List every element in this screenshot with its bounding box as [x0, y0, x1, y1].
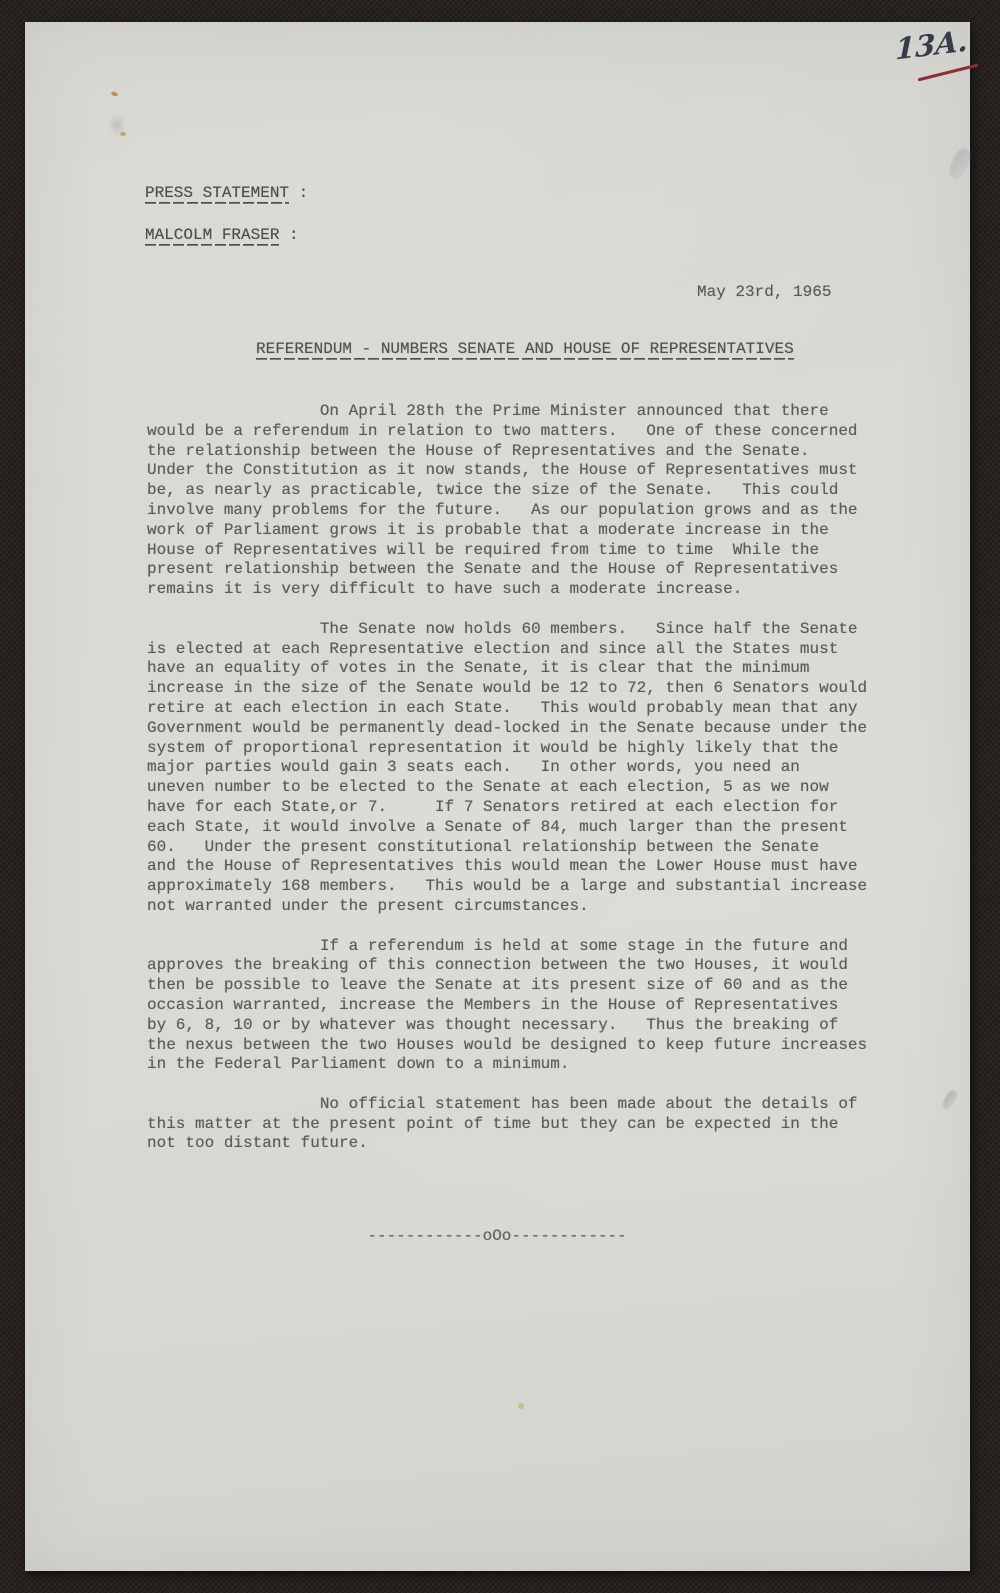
paper-stain	[518, 1403, 524, 1409]
author-label: MALCOLM FRASER	[145, 226, 279, 246]
end-divider: ------------oOo------------	[147, 1227, 847, 1247]
author-colon: :	[279, 226, 298, 244]
date-line: May 23rd, 1965	[697, 283, 831, 303]
page-number-annotation: 13A.	[895, 28, 1000, 98]
page-number-text: 13A.	[895, 23, 968, 66]
paper-stain	[111, 91, 119, 97]
scan-background: 13A. PRESS STATEMENT : MALCOLM FRASER : …	[0, 0, 1000, 1593]
pencil-smudge	[946, 146, 974, 182]
paragraph-3: If a referendum is held at some stage in…	[147, 937, 887, 1076]
document-page: 13A. PRESS STATEMENT : MALCOLM FRASER : …	[25, 22, 970, 1571]
document-title-text: REFERENDUM - NUMBERS SENATE AND HOUSE OF…	[256, 340, 794, 360]
paragraph-2: The Senate now holds 60 members. Since h…	[147, 620, 887, 917]
document-body: On April 28th the Prime Minister announc…	[147, 402, 887, 1174]
pencil-smudge	[941, 1089, 960, 1111]
press-statement-colon: :	[289, 184, 308, 202]
author-heading: MALCOLM FRASER :	[145, 226, 299, 246]
press-statement-label: PRESS STATEMENT	[145, 184, 289, 204]
paragraph-1: On April 28th the Prime Minister announc…	[147, 402, 887, 600]
press-statement-heading: PRESS STATEMENT :	[145, 184, 308, 204]
paragraph-4: No official statement has been made abou…	[147, 1095, 887, 1154]
paper-stain	[120, 132, 126, 136]
document-title: REFERENDUM - NUMBERS SENATE AND HOUSE OF…	[256, 340, 794, 360]
red-underline-mark	[918, 64, 979, 82]
paper-stain	[104, 108, 130, 142]
